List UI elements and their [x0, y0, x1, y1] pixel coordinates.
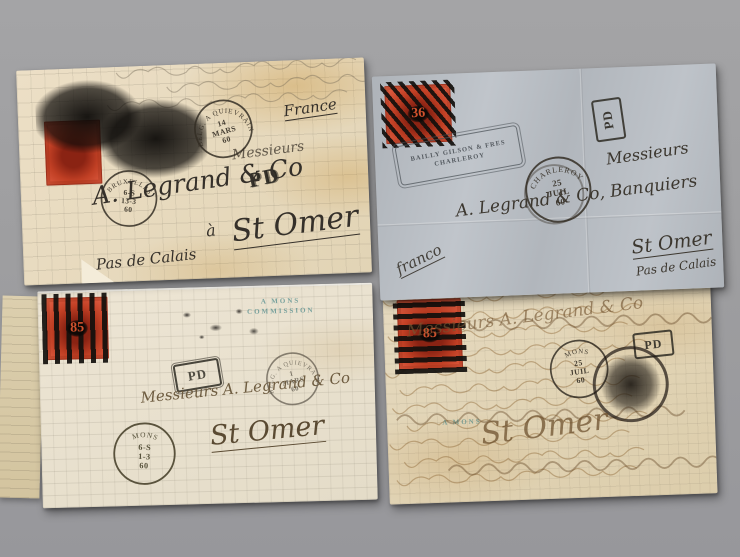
dog-ear-fold: [81, 258, 114, 283]
manuscript-salutation: Messieurs: [605, 138, 690, 169]
pd-text: PD: [599, 109, 618, 130]
red-medallion-stamp: 36: [384, 84, 452, 144]
manuscript-a: à: [205, 220, 217, 240]
svg-text:6-S: 6-S: [138, 443, 151, 453]
cachet-line1: A MONS: [261, 297, 301, 306]
cancel-numeral: 85: [45, 297, 109, 361]
cancel-numeral: 36: [384, 84, 452, 144]
cachet-line2: COMMISSION: [247, 306, 315, 316]
svg-text:MONS: MONS: [131, 429, 161, 442]
photo-of-four-postal-covers: BELG. A QUIEVRAIN 14 MARS 60 France Mess…: [0, 0, 740, 557]
svg-text:60: 60: [576, 375, 586, 385]
manuscript-city: St Omer: [209, 410, 326, 453]
manuscript-city: St Omer: [230, 199, 361, 251]
red-medallion-stamp: 85: [45, 297, 109, 361]
svg-text:60: 60: [139, 461, 149, 470]
origin-datestamp-mons: MONS 6-S 1-3 60: [110, 419, 179, 488]
letter-cover-bottom-right: 85 PD MONS 25 JUIL 60 A MONS Messieurs A…: [382, 281, 717, 504]
blue-merchant-cachet: A MONS COMMISSION: [225, 296, 335, 317]
letter-cover-top-left: BELG. A QUIEVRAIN 14 MARS 60 France Mess…: [16, 57, 372, 285]
cachet-line1: A MONS: [442, 417, 482, 426]
letter-cover-bottom-left: 85 A MONS COMMISSION PD BELG. A QUIEVRAI…: [37, 283, 378, 509]
pd-boxed-handstamp: PD: [591, 97, 627, 143]
letter-cover-top-right: 36 BAILLY GILSON & FRES CHARLEROY PD CHA…: [372, 63, 724, 300]
manuscript-franco: franco: [393, 240, 445, 279]
manuscript-department: Pas de Calais: [635, 255, 717, 279]
svg-text:60: 60: [221, 134, 232, 145]
svg-text:1-3: 1-3: [138, 452, 151, 462]
manuscript-city: St Omer: [630, 227, 713, 260]
